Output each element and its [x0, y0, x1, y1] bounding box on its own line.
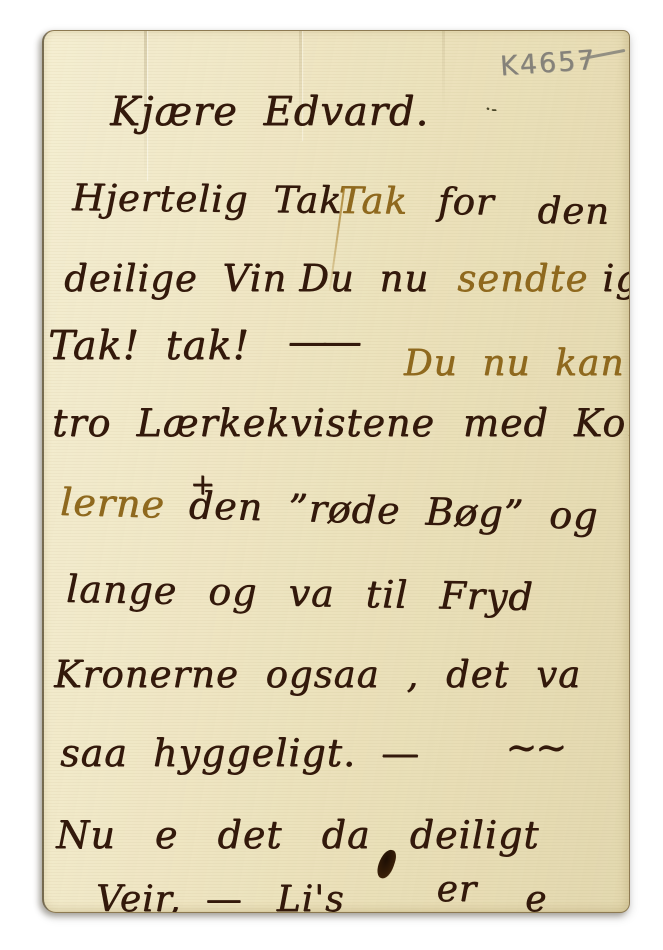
text-segment: Du nu — [299, 257, 429, 300]
text-segment: Du nu kan — [404, 343, 625, 384]
text-segment: den — [537, 189, 610, 233]
text-segment: Kronerne ogsaa , det va — [54, 653, 581, 696]
text-segment: igjen — [602, 257, 630, 300]
handwritten-line-4: Tak! tak! —— Du nu kan — [48, 323, 598, 369]
text-segment: sendte — [457, 257, 588, 300]
handwritten-line-11: Veir, — Li's er e — [96, 879, 630, 913]
text-segment: tro Lærkekvistene — [52, 401, 435, 445]
handwritten-line-5: tro Lærkekvistene med Kong — [52, 401, 630, 445]
handwritten-line-8: Kronerne ogsaa , det va — [54, 653, 581, 696]
text-segment: Veir, — — [96, 879, 243, 913]
text-segment: saa hyggeligt. — — [60, 731, 420, 775]
text-segment: er — [436, 869, 477, 910]
text-segment: lerne — [60, 480, 166, 527]
text-segment: Tak! tak! — [48, 323, 250, 369]
handwritten-line-7: lange og va til Fryd — [66, 567, 534, 619]
text-segment: deilige Vin — [64, 257, 287, 300]
handwritten-line-3: deilige Vin Du nu sendte igjen — [64, 257, 589, 300]
handwritten-line-10: Nu e det da deiligt — [56, 813, 539, 857]
photo-background: K4657 Kjære Edvard. ·‐ Hjertelig Tak Tak… — [0, 0, 663, 950]
text-segment: den ”røde Bøg” og — [188, 483, 599, 538]
text-segment: for — [438, 180, 495, 224]
text-segment: Li's — [277, 879, 345, 913]
text-segment: Tak — [338, 179, 408, 223]
handwritten-line-9: saa hyggeligt. — ~~ — [60, 731, 565, 775]
text-segment: Kjære Edvard. — [110, 89, 429, 135]
catalog-number: K4657 — [499, 45, 597, 83]
handwritten-line-6: lerne den ”røde Bøg” og — [60, 480, 599, 538]
text-segment: med Kong — [463, 401, 630, 445]
catalog-annotation: K4657 — [499, 43, 627, 83]
text-segment: Nu e det da deiligt — [56, 813, 539, 857]
text-segment: lange og va til Fryd — [66, 567, 534, 619]
handwritten-line-1: Kjære Edvard. ·‐ — [110, 89, 498, 135]
ink-mark: ·‐ — [485, 99, 498, 118]
squiggle-stroke: ~~ — [505, 725, 565, 769]
letter-paper: K4657 Kjære Edvard. ·‐ Hjertelig Tak Tak… — [42, 30, 630, 913]
dash-stroke: —— — [288, 319, 356, 365]
text-segment: Hjertelig Tak — [72, 176, 343, 222]
text-segment: e — [525, 879, 547, 913]
